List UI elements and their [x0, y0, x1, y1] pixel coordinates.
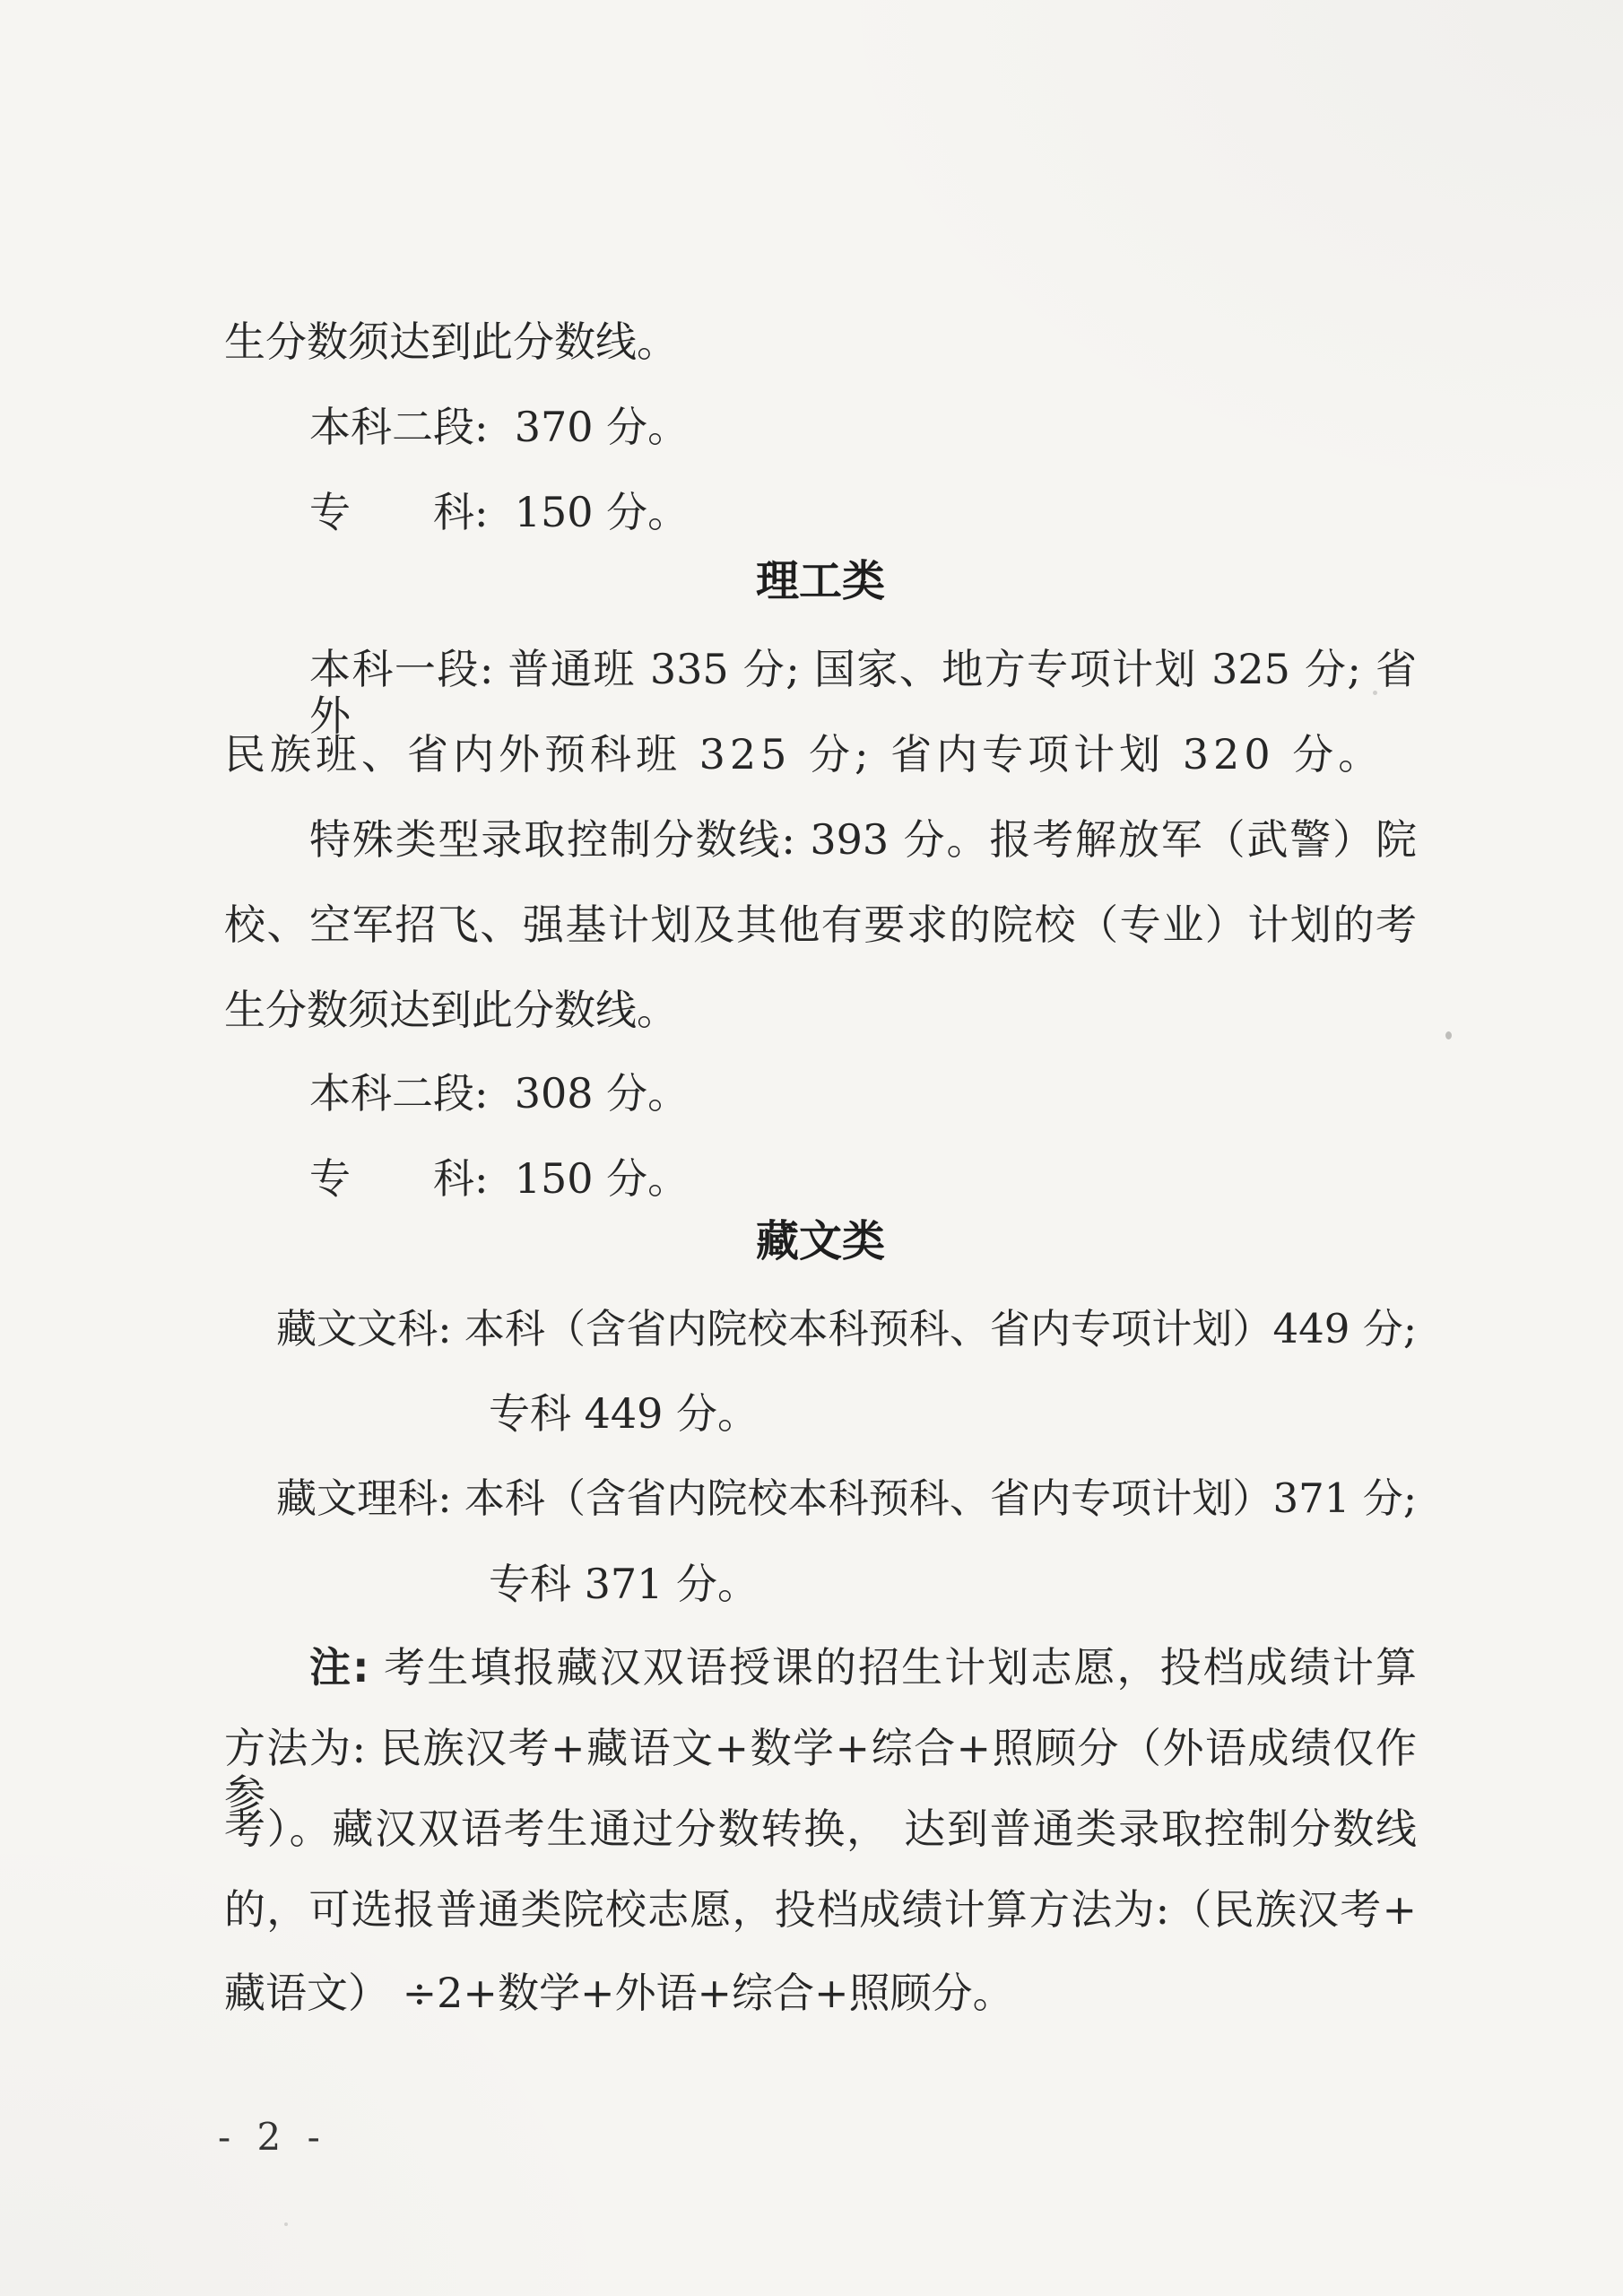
scan-speck	[1445, 1031, 1452, 1039]
science-benke1-line-1: 本科一段: 普通班 335 分; 国家、地方专项计划 325 分; 省外	[309, 646, 1417, 739]
scan-speck	[284, 2222, 288, 2226]
note-line-1-text: 考生填报藏汉双语授课的招生计划志愿，投档成绩计算	[369, 1643, 1417, 1692]
tibetan-wenke-line-2: 专科 449 分。	[489, 1390, 759, 1437]
section-heading-tibetan: 藏文类	[224, 1218, 1417, 1265]
note-line-5: 藏语文） ÷2+数学+外语+综合+照顾分。	[224, 1970, 1014, 2016]
note-label: 注:	[309, 1643, 369, 1692]
scan-speck	[1373, 691, 1377, 695]
science-zhuanke-150: 专 科: 150 分。	[309, 1155, 689, 1202]
document-page: 生分数须达到此分数线。 本科二段: 370 分。 专 科: 150 分。 理工类…	[0, 0, 1623, 2296]
science-benke2-308: 本科二段: 308 分。	[309, 1070, 689, 1117]
page-number: - 2 -	[218, 2117, 327, 2158]
tibetan-like-line-1: 藏文理科: 本科（含省内院校本科预科、省内专项计划）371 分;	[276, 1475, 1417, 1522]
science-special-line-2: 校、空军招飞、强基计划及其他有要求的院校（专业）计划的考	[224, 901, 1417, 948]
science-benke1-line-2: 民族班、省内外预科班 325 分; 省内专项计划 320 分。	[224, 731, 1384, 778]
intro-line-score-requirement: 生分数须达到此分数线。	[224, 318, 678, 365]
note-line-4: 的，可选报普通类院校志愿，投档成绩计算方法为:（民族汉考+	[224, 1886, 1417, 1933]
tibetan-wenke-line-1: 藏文文科: 本科（含省内院校本科预科、省内专项计划）449 分;	[276, 1306, 1417, 1352]
science-special-line-3: 生分数须达到此分数线。	[224, 987, 678, 1033]
section-heading-science: 理工类	[224, 558, 1417, 604]
intro-line-zhuanke-150: 专 科: 150 分。	[309, 489, 689, 535]
note-line-1: 注: 考生填报藏汉双语授课的招生计划志愿，投档成绩计算	[309, 1644, 1417, 1691]
note-line-3: 考）。藏汉双语考生通过分数转换， 达到普通类录取控制分数线	[224, 1805, 1417, 1852]
intro-line-benke2-370: 本科二段: 370 分。	[309, 404, 689, 450]
tibetan-like-line-2: 专科 371 分。	[489, 1561, 759, 1607]
science-special-line-1: 特殊类型录取控制分数线: 393 分。报考解放军（武警）院	[309, 816, 1417, 863]
